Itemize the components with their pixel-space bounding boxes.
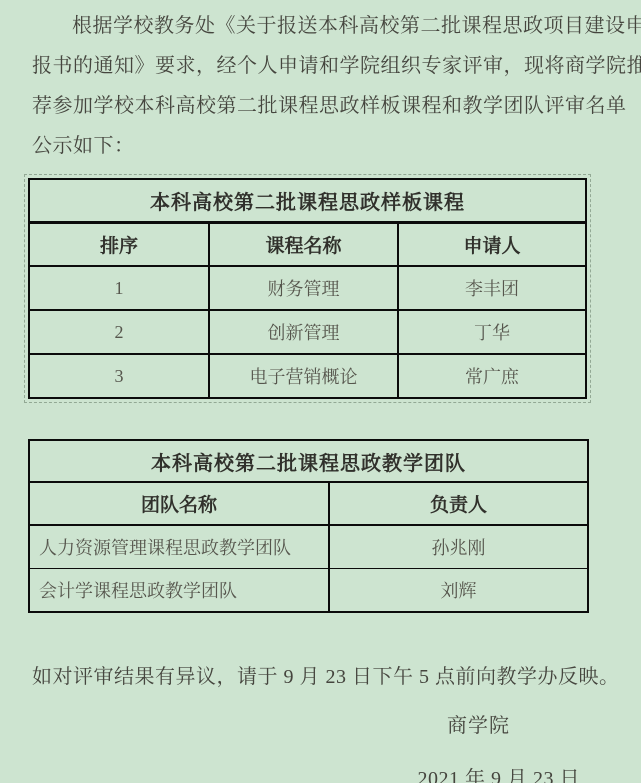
course-table-title-row: 本科高校第二批课程思政样板课程: [29, 179, 586, 223]
course-table-title: 本科高校第二批课程思政样板课程: [29, 179, 586, 223]
signature: 商学院: [0, 709, 510, 738]
course-header-name: 课程名称: [209, 223, 398, 267]
course-name: 财务管理: [209, 266, 398, 310]
course-rank: 3: [29, 354, 209, 398]
course-table: 本科高校第二批课程思政样板课程 排序 课程名称 申请人 1 财务管理 李丰团 2…: [28, 178, 587, 399]
course-applicant: 丁华: [398, 310, 586, 354]
objection-note: 如对评审结果有异议，请于 9 月 23 日下午 5 点前向教学办反映。: [32, 665, 611, 689]
course-name: 创新管理: [209, 310, 398, 354]
team-header-leader: 负责人: [329, 482, 588, 525]
intro-paragraph: 根据学校教务处《关于报送本科高校第二批课程思政项目建设申 报书的通知》要求，经个…: [32, 6, 607, 166]
team-table-header-row: 团队名称 负责人: [29, 482, 588, 525]
course-table-row: 3 电子营销概论 常广庶: [29, 354, 586, 398]
team-table-row: 人力资源管理课程思政教学团队 孙兆刚: [29, 525, 588, 569]
team-leader: 刘辉: [329, 569, 588, 613]
course-applicant: 李丰团: [398, 266, 586, 310]
team-table: 本科高校第二批课程思政教学团队 团队名称 负责人 人力资源管理课程思政教学团队 …: [28, 439, 589, 613]
intro-line: 荐参加学校本科高校第二批课程思政样板课程和教学团队评审名单: [32, 86, 607, 126]
notice-page: { "page": { "background_color": "#cde4d0…: [0, 0, 641, 783]
document-body: 根据学校教务处《关于报送本科高校第二批课程思政项目建设申 报书的通知》要求，经个…: [0, 6, 641, 783]
team-name: 会计学课程思政教学团队: [29, 569, 329, 613]
intro-line: 报书的通知》要求，经个人申请和学院组织专家评审，现将商学院推: [32, 46, 607, 86]
team-name: 人力资源管理课程思政教学团队: [29, 525, 329, 569]
team-table-title: 本科高校第二批课程思政教学团队: [29, 440, 588, 482]
course-table-row: 2 创新管理 丁华: [29, 310, 586, 354]
course-table-header-row: 排序 课程名称 申请人: [29, 223, 586, 267]
course-applicant: 常广庶: [398, 354, 586, 398]
course-rank: 1: [29, 266, 209, 310]
course-header-applicant: 申请人: [398, 223, 586, 267]
team-table-title-row: 本科高校第二批课程思政教学团队: [29, 440, 588, 482]
course-name: 电子营销概论: [209, 354, 398, 398]
course-rank: 2: [29, 310, 209, 354]
course-table-row: 1 财务管理 李丰团: [29, 266, 586, 310]
course-header-rank: 排序: [29, 223, 209, 267]
date: 2021 年 9 月 23 日: [0, 762, 580, 783]
intro-line: 公示如下：: [32, 126, 607, 166]
team-leader: 孙兆刚: [329, 525, 588, 569]
team-header-name: 团队名称: [29, 482, 329, 525]
team-table-row: 会计学课程思政教学团队 刘辉: [29, 569, 588, 613]
intro-line: 根据学校教务处《关于报送本科高校第二批课程思政项目建设申: [32, 6, 607, 46]
